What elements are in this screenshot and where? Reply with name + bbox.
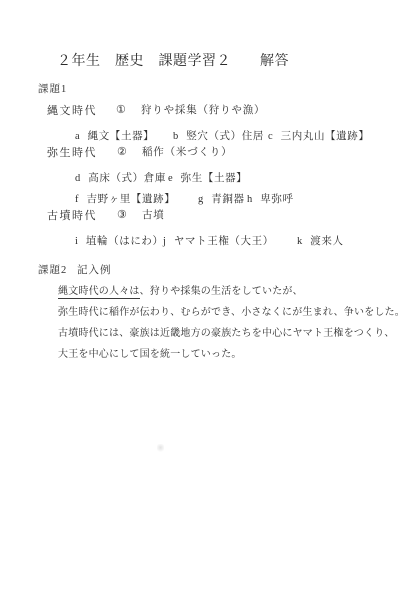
item-text: 埴輪（はにわ） xyxy=(86,236,164,247)
answer-item-f: f吉野ヶ里【遺跡】 xyxy=(75,190,175,206)
document-page: ２年生 歴史 課題学習２ 解答 課題1 縄文時代 ① 狩りや採集（狩りや漁） a… xyxy=(0,0,420,594)
task2-sublabel: 記入例 xyxy=(77,266,112,277)
item-text: 高床（式）倉庫 xyxy=(88,173,166,184)
item-text: 弥生【土器】 xyxy=(181,173,248,184)
task2-sentence-2: 弥生時代に稲作が伝わり、むらができ、小さなくにが生まれ、争いをした。 xyxy=(58,308,405,318)
item-key: e xyxy=(168,174,173,185)
circled-number-3: ③ xyxy=(117,210,127,221)
circled-number-2: ② xyxy=(117,147,127,158)
task2-sentence-4: 大王を中心にして国を統一していった。 xyxy=(58,350,242,360)
item-text: 卑弥呼 xyxy=(260,194,293,205)
item-text: 竪穴（式）住居 xyxy=(186,131,264,142)
answer-item-e: e弥生【土器】 xyxy=(168,169,247,185)
answer-item-h: h卑弥呼 xyxy=(247,190,294,206)
item-key: h xyxy=(247,195,252,206)
circled-number-1: ① xyxy=(116,105,126,116)
item-key: i xyxy=(75,237,78,248)
answer-item-k: k渡来人 xyxy=(297,232,344,248)
era-answer-jomon: 狩りや採集（狩りや漁） xyxy=(141,106,265,117)
item-key: d xyxy=(75,174,80,185)
item-key: a xyxy=(75,132,80,143)
item-key: c xyxy=(268,132,273,143)
era-name-yayoi: 弥生時代 xyxy=(47,148,97,159)
item-key: f xyxy=(75,195,79,206)
item-text: 三内丸山【遺跡】 xyxy=(281,131,370,142)
answer-item-i: i埴輪（はにわ） xyxy=(75,232,164,248)
task2-sentence-1: 縄文時代の人々は、狩りや採集の生活をしていたが、 xyxy=(58,287,303,297)
item-text: ヤマト王権（大王） xyxy=(174,236,274,247)
item-key: g xyxy=(198,195,203,206)
era-name-kofun: 古墳時代 xyxy=(47,211,97,222)
item-text: 青銅器 xyxy=(211,194,244,205)
scan-artifact xyxy=(157,444,164,453)
answer-item-a: a縄文【土器】 xyxy=(75,127,154,143)
item-key: j xyxy=(163,237,166,248)
task2-sentence-3: 古墳時代には、豪族は近畿地方の豪族たちを中心にヤマト王権をつくり、 xyxy=(58,329,395,339)
item-key: b xyxy=(173,132,178,143)
page-title: ２年生 歴史 課題学習２ 解答 xyxy=(57,55,289,69)
item-text: 渡来人 xyxy=(310,236,343,247)
task2-label: 課題2 xyxy=(38,266,67,277)
task1-label: 課題1 xyxy=(38,85,67,96)
answer-item-c: c三内丸山【遺跡】 xyxy=(268,127,369,143)
answer-item-b: b竪穴（式）住居 xyxy=(173,127,264,143)
answer-item-j: jヤマト王権（大王） xyxy=(163,232,274,248)
sentence-rest: 、狩りや採集の生活をしていたが、 xyxy=(140,286,303,297)
item-text: 縄文【土器】 xyxy=(88,131,155,142)
answer-item-g: g青銅器 xyxy=(198,190,245,206)
item-text: 吉野ヶ里【遺跡】 xyxy=(87,194,176,205)
answer-item-d: d高床（式）倉庫 xyxy=(75,169,166,185)
era-answer-yayoi: 稲作（米づくり） xyxy=(142,148,232,159)
era-name-jomon: 縄文時代 xyxy=(47,106,97,117)
underlined-phrase: 縄文時代の人々は xyxy=(58,286,140,299)
item-key: k xyxy=(297,237,302,248)
era-answer-kofun: 古墳 xyxy=(142,211,165,222)
